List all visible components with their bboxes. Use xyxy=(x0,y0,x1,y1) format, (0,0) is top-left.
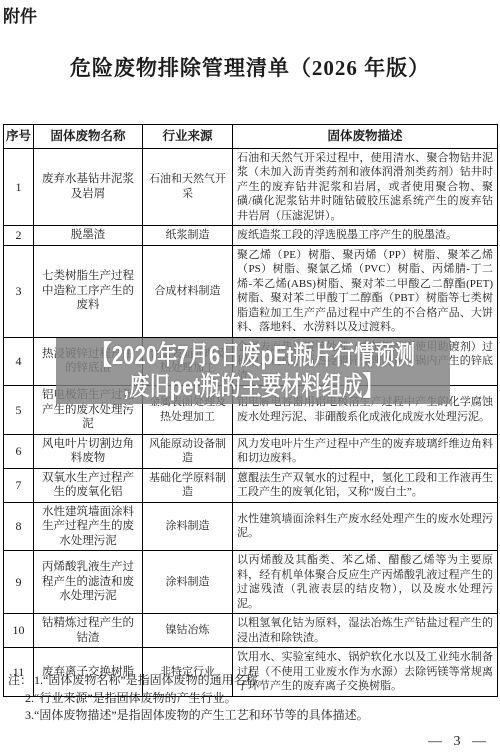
row-name: 丙烯酸乳液生产过程产生的滤渣和废水处理污泥 xyxy=(34,551,143,614)
row-name: 风电叶片切割边角料废物 xyxy=(34,434,143,468)
row-desc: 铝电解电容器用铝电极箔生产过程中产生的化学腐蚀废水处理污泥、非硼酸系化成液化成废… xyxy=(233,386,498,435)
row-desc: 石油和天然气开采过程中，使用清水、聚合物钻井泥浆（未加入沥青类药剂和液体润滑剂类… xyxy=(233,148,498,226)
row-industry: 风能原动设备制造 xyxy=(143,434,233,468)
row-desc: 以粗氢氧化钴为原料，湿法冶炼生产钴盐过程产生的浸出渣和除铁渣。 xyxy=(233,614,498,648)
table-header-row: 序号 固体废物名称 行业来源 固体废物描述 xyxy=(4,125,498,149)
note-item-3: 3.“固体废物描述”是指固体废物的产生工艺和环节等的具体描述。 xyxy=(25,708,369,722)
table-row: 5铝电极箔生产过程产生的废水处理污泥金属表面处理及热处理加工铝电解电容器用铝电极… xyxy=(4,386,498,435)
row-name: 铝电极箔生产过程产生的废水处理污泥 xyxy=(34,386,143,435)
note-item-2: 2.“行业来源”是指固体废物的产生行业。 xyxy=(25,691,237,705)
row-no: 6 xyxy=(4,434,34,468)
row-desc: 水性建筑墙面涂料生产废水经处理产生的废水处理污泥。 xyxy=(233,502,498,551)
row-desc: 蒽醌法生产双氧水的过程中，氢化工段和工作液再生工段产生的废氧化铝，又称“废白土”… xyxy=(233,468,498,502)
header-name: 固体废物名称 xyxy=(34,125,143,149)
waste-table-body: 1废弃水基钻井泥浆及岩屑石油和天然气开采石油和天然气开采过程中，使用清水、聚合物… xyxy=(4,148,498,696)
row-name: 废弃水基钻井泥浆及岩屑 xyxy=(34,148,143,226)
row-industry: 合成材料制造 xyxy=(143,245,233,337)
row-desc: 以丙烯酸及其酯类、苯乙烯、醋酸乙烯等为主要原料，经有机单体聚合反应生产丙烯酸乳液… xyxy=(233,551,498,614)
row-no: 5 xyxy=(4,386,34,435)
table-row: 1废弃水基钻井泥浆及岩屑石油和天然气开采石油和天然气开采过程中，使用清水、聚合物… xyxy=(4,148,498,226)
table-row: 9丙烯酸乳液生产过程产生的滤渣和废水处理污泥涂料制造以丙烯酸及其酯类、苯乙烯、醋… xyxy=(4,551,498,614)
table-row: 6风电叶片切割边角料废物风能原动设备制造风力发电叶片生产过程中产生的废弃玻璃纤维… xyxy=(4,434,498,468)
row-no: 7 xyxy=(4,468,34,502)
row-name: 水性建筑墙面涂料生产过程产生的废水处理污泥 xyxy=(34,502,143,551)
row-desc: 风力发电叶片生产过程中产生的废弃玻璃纤维边角料和切边废料。 xyxy=(233,434,498,468)
row-no: 3 xyxy=(4,245,34,337)
row-industry: 纸浆制造 xyxy=(143,226,233,246)
note-line-1: 注：1.“固体废物名称”是指固体废物的通用名称。 xyxy=(8,672,488,690)
row-name: 七类树脂生产过程中造粒工序产生的废料 xyxy=(34,245,143,337)
row-no: 8 xyxy=(4,502,34,551)
row-industry: 石油和天然气开采 xyxy=(143,148,233,226)
note-line-2: 2.“行业来源”是指固体废物的产生行业。 xyxy=(8,690,488,708)
row-industry: 镍钴冶炼 xyxy=(143,614,233,648)
row-name: 热浸镀锌过程产生的锌底渣 xyxy=(34,337,143,386)
row-industry: 涂料制造 xyxy=(143,502,233,551)
row-name: 双氧水生产过程产生的废氧化铝 xyxy=(34,468,143,502)
page-title: 危险废物排除管理清单（2026 年版） xyxy=(0,52,500,82)
note-item-1: 1.“固体废物名称”是指固体废物的通用名称。 xyxy=(34,673,270,687)
row-no: 2 xyxy=(4,226,34,246)
row-industry: 基础化学原料制造 xyxy=(143,468,233,502)
table-row: 2脱墨渣纸浆制造废纸造浆工段的浮选脱墨工序产生的脱墨渣。 xyxy=(4,226,498,246)
row-no: 1 xyxy=(4,148,34,226)
row-desc: 金属表面热浸镀锌处理（未加铝且不使用助镀剂）过程中，钢件表面热浸镀锌处理时在锌锅… xyxy=(233,337,498,386)
table-row: 7双氧水生产过程产生的废氧化铝基础化学原料制造蒽醌法生产双氧水的过程中，氢化工段… xyxy=(4,468,498,502)
row-industry: 金属表面处理及热处理加工 xyxy=(143,337,233,386)
header-industry: 行业来源 xyxy=(143,125,233,149)
waste-list-table: 序号 固体废物名称 行业来源 固体废物描述 1废弃水基钻井泥浆及岩屑石油和天然气… xyxy=(3,124,498,697)
page-number: — 3 — xyxy=(428,734,490,750)
table-row: 4热浸镀锌过程产生的锌底渣金属表面处理及热处理加工金属表面热浸镀锌处理（未加铝且… xyxy=(4,337,498,386)
row-industry: 金属表面处理及热处理加工 xyxy=(143,386,233,435)
footnotes: 注：1.“固体废物名称”是指固体废物的通用名称。 2.“行业来源”是指固体废物的… xyxy=(8,672,488,725)
row-desc: 废纸造浆工段的浮选脱墨工序产生的脱墨渣。 xyxy=(233,226,498,246)
row-desc: 聚乙烯（PE）树脂、聚丙烯（PP）树脂、聚苯乙烯（PS）树脂、聚氯乙烯（PVC）… xyxy=(233,245,498,337)
note-prefix: 注： xyxy=(8,673,32,687)
row-no: 10 xyxy=(4,614,34,648)
table-row: 10钴精炼过程产生的钴渣镍钴冶炼以粗氢氧化钴为原料，湿法冶炼生产钴盐过程产生的浸… xyxy=(4,614,498,648)
row-name: 钴精炼过程产生的钴渣 xyxy=(34,614,143,648)
header-desc: 固体废物描述 xyxy=(233,125,498,149)
document-page: 附件 危险废物排除管理清单（2026 年版） 序号 固体废物名称 行业来源 固体… xyxy=(0,0,500,754)
row-no: 4 xyxy=(4,337,34,386)
header-no: 序号 xyxy=(4,125,34,149)
row-industry: 涂料制造 xyxy=(143,551,233,614)
attachment-label: 附件 xyxy=(3,2,37,27)
table-row: 8水性建筑墙面涂料生产过程产生的废水处理污泥涂料制造水性建筑墙面涂料生产废水经处… xyxy=(4,502,498,551)
row-name: 脱墨渣 xyxy=(34,226,143,246)
row-no: 9 xyxy=(4,551,34,614)
table-row: 3七类树脂生产过程中造粒工序产生的废料合成材料制造聚乙烯（PE）树脂、聚丙烯（P… xyxy=(4,245,498,337)
note-line-3: 3.“固体废物描述”是指固体废物的产生工艺和环节等的具体描述。 xyxy=(8,707,488,725)
